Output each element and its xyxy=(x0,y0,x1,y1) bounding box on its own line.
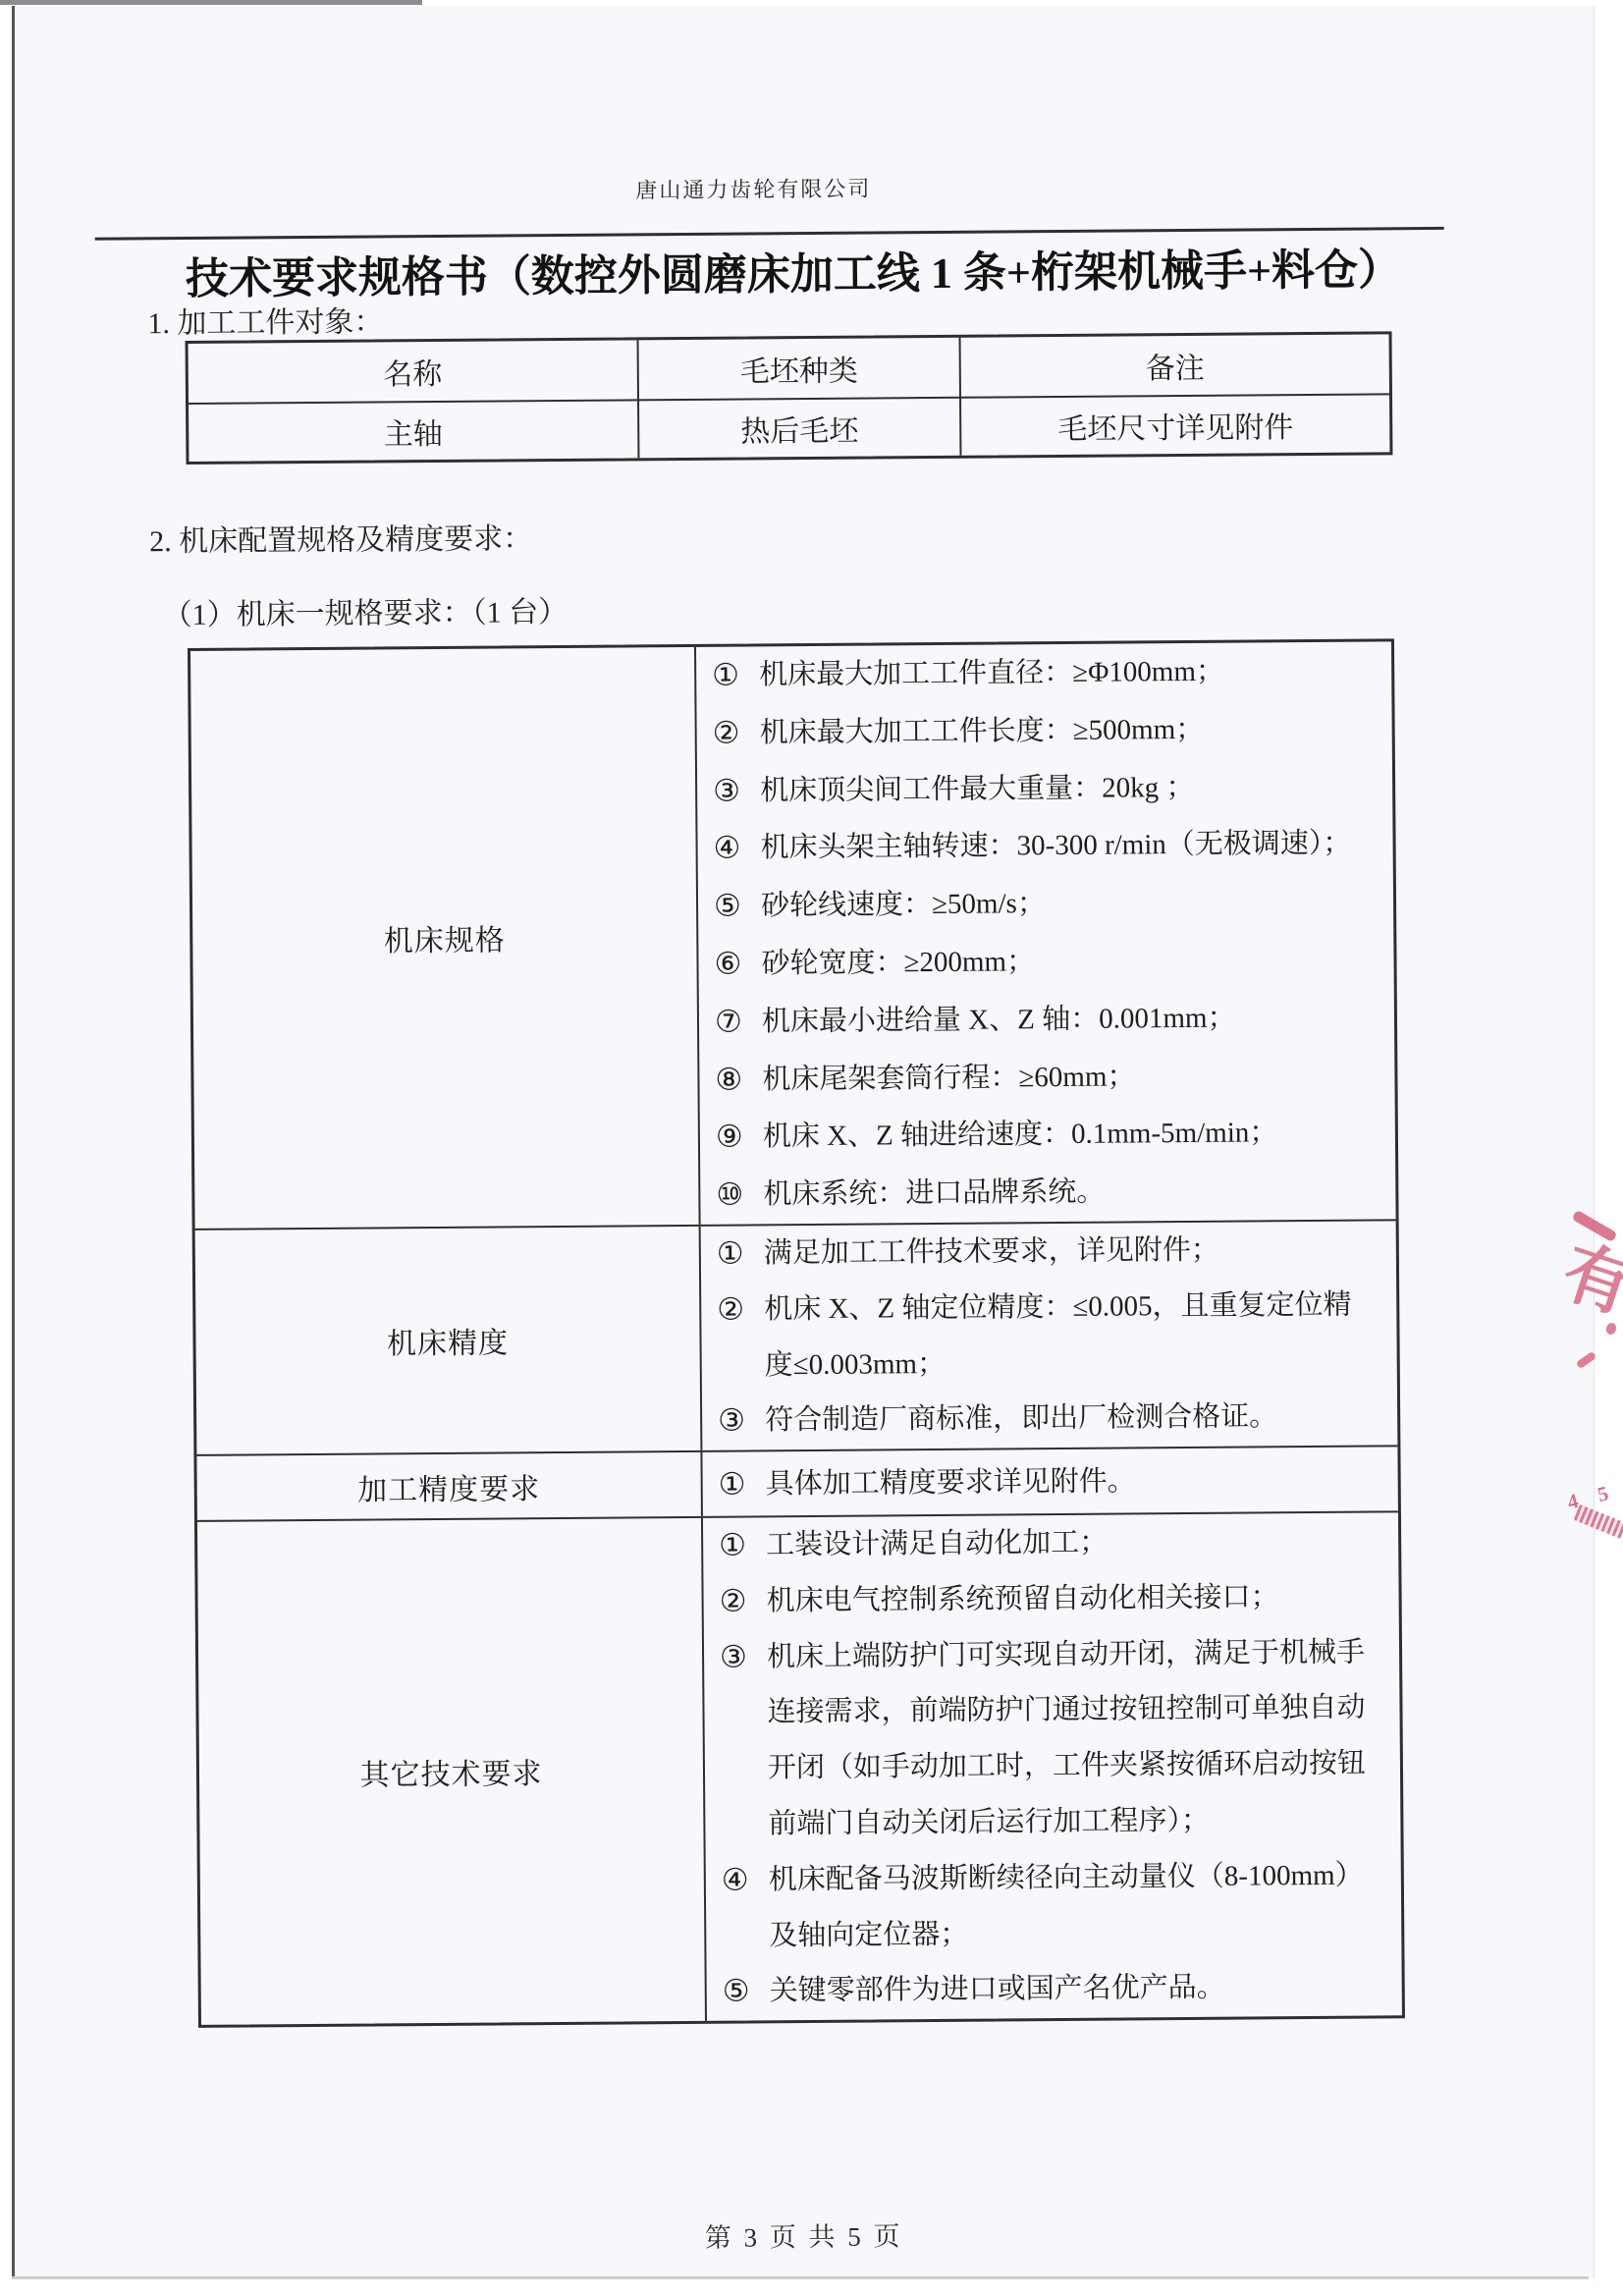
spec-item: ② 机床电气控制系统预留自动化相关接口； xyxy=(719,1568,1380,1629)
item-number: ③ xyxy=(720,1629,767,1685)
item-number: ① xyxy=(718,1454,765,1513)
workpiece-table-cell-remark: 毛坯尺寸详见附件 xyxy=(959,393,1389,455)
spec-row-label: 机床精度 xyxy=(195,1227,703,1454)
item-number: ① xyxy=(717,1226,764,1282)
spec-row-content: ① 机床最大加工工件直径：≥Φ100mm； ② 机床最大加工工件长度：≥500m… xyxy=(696,641,1396,1225)
spec-item: ⑦ 机床最小进给量 X、Z 轴：0.001mm； xyxy=(715,988,1377,1051)
spec-row-content: ① 具体加工精度要求详见附件。 xyxy=(702,1447,1397,1516)
item-text: 机床上端防护门可实现自动开闭，满足于机械手 xyxy=(767,1636,1365,1672)
item-number: ⑨ xyxy=(716,1109,763,1167)
spec-item: ① 满足加工工件技术要求，详见附件； xyxy=(717,1221,1379,1282)
spec-item: ⑤ 砂轮线速度：≥50m/s； xyxy=(714,873,1376,936)
spec-item: ⑩ 机床系统：进口品牌系统。 xyxy=(716,1162,1378,1225)
item-text: 机床顶尖间工件最大重量：20kg ； xyxy=(760,772,1195,806)
item-text: 开闭（如手动加工时，工件夹紧按循环启动按钮 xyxy=(768,1748,1366,1784)
item-text: 连接需求，前端防护门通过按钮控制可单独自动 xyxy=(767,1692,1365,1728)
spec-item: ④ 机床头架主轴转速：30-300 r/min（无极调速）； xyxy=(713,815,1375,878)
item-text: 机床系统：进口品牌系统。 xyxy=(763,1176,1105,1211)
spec-item: ③ 符合制造厂商标准，即出厂检测合格证。 xyxy=(718,1389,1380,1449)
spec-row-label: 其它技术要求 xyxy=(197,1518,707,2025)
item-text: 符合制造厂商标准，即出厂检测合格证。 xyxy=(765,1401,1277,1437)
item-text: 工装设计满足自动化加工； xyxy=(766,1527,1108,1561)
item-number: ⑤ xyxy=(714,878,761,936)
item-number: ④ xyxy=(722,1852,769,1908)
spec-item: ③ 机床上端防护门可实现自动开闭，满足于机械手 连接需求，前端防护门通过按钮控制… xyxy=(720,1624,1383,1852)
document-title: 技术要求规格书（数控外圆磨床加工线 1 条+桁架机械手+料仓） xyxy=(140,234,1446,306)
item-text: 前端门自动关闭后运行加工程序）； xyxy=(768,1805,1210,1840)
item-number: ④ xyxy=(713,820,760,878)
item-number: ⑥ xyxy=(714,935,761,993)
item-number: ⑦ xyxy=(715,993,762,1051)
spec-row-other-requirements: 其它技术要求 ① 工装设计满足自动化加工； ② 机床电气控制系统预留自动化相关接… xyxy=(197,1510,1402,2025)
spec-item: ② 机床 X、Z 轴定位精度：≤0.005，且重复定位精 度≤0.003mm； xyxy=(717,1277,1380,1394)
item-number: ② xyxy=(712,704,759,762)
item-text: 及轴向定位器； xyxy=(769,1918,968,1951)
item-number: ③ xyxy=(713,762,760,820)
spec-item: ④ 机床配备马波斯断续径向主动量仪（8-100mm） 及轴向定位器； xyxy=(722,1847,1384,1964)
item-number: ① xyxy=(712,646,759,704)
item-number: ⑩ xyxy=(716,1167,763,1225)
page-content: 唐山通力齿轮有限公司 技术要求规格书（数控外圆磨床加工线 1 条+桁架机械手+料… xyxy=(0,0,1623,2296)
item-text: 度≤0.003mm； xyxy=(765,1348,947,1381)
spec-row-label: 加工精度要求 xyxy=(196,1452,702,1520)
workpiece-table: 名称 毛坯种类 备注 主轴 热后毛坯 毛坯尺寸详见附件 xyxy=(186,331,1393,465)
item-number: ③ xyxy=(718,1394,765,1449)
section2-heading: 2. 机床配置规格及精度要求： xyxy=(149,514,532,560)
spec-row-content: ① 工装设计满足自动化加工； ② 机床电气控制系统预留自动化相关接口； ③ 机床… xyxy=(703,1512,1402,2021)
item-text: 机床 X、Z 轴定位精度：≤0.005，且重复定位精 xyxy=(764,1288,1352,1325)
workpiece-table-cell-blank-type: 热后毛坯 xyxy=(637,397,959,459)
item-text: 机床最大加工工件长度：≥500mm； xyxy=(760,714,1205,749)
spec-item: ① 工装设计满足自动化加工； xyxy=(719,1512,1380,1573)
workpiece-table-header-remark: 备注 xyxy=(959,334,1389,396)
item-text: 机床电气控制系统预留自动化相关接口； xyxy=(766,1581,1278,1616)
item-text: 满足加工工件技术要求，详见附件； xyxy=(764,1234,1219,1270)
spec-row-content: ① 满足加工工件技术要求，详见附件； ② 机床 X、Z 轴定位精度：≤0.005… xyxy=(701,1221,1398,1450)
workpiece-table-header-name: 名称 xyxy=(189,340,637,403)
item-number: ⑧ xyxy=(715,1051,762,1109)
spec-row-label: 机床规格 xyxy=(190,647,701,1229)
item-number: ② xyxy=(717,1282,764,1338)
company-header: 唐山通力齿轮有限公司 xyxy=(0,167,1514,209)
workpiece-table-cell-name: 主轴 xyxy=(189,399,637,462)
spec-item: ⑥ 砂轮宽度：≥200mm； xyxy=(714,930,1376,993)
workpiece-table-header-blank-type: 毛坯种类 xyxy=(637,338,959,400)
section1-heading: 1. 加工工件对象： xyxy=(147,297,383,342)
page-number-footer: 第 3 页 共 5 页 xyxy=(9,2210,1599,2261)
section2-subheading: （1）机床一规格要求：（1 台） xyxy=(163,587,568,633)
item-text: 机床头架主轴转速：30-300 r/min（无极调速）； xyxy=(760,828,1351,864)
item-text: 机床 X、Z 轴进给速度：0.1mm-5m/min； xyxy=(763,1118,1278,1153)
spec-item: ⑧ 机床尾架套筒行程：≥60mm； xyxy=(715,1046,1377,1109)
spec-row-machining-accuracy: 加工精度要求 ① 具体加工精度要求详见附件。 xyxy=(196,1445,1397,1520)
spec-row-machine-specs: 机床规格 ① 机床最大加工工件直径：≥Φ100mm； ② 机床最大加工工件长度：… xyxy=(190,641,1396,1229)
item-number: ① xyxy=(719,1517,766,1573)
spec-item: ② 机床最大加工工件长度：≥500mm； xyxy=(712,699,1374,762)
spec-table: 机床规格 ① 机床最大加工工件直径：≥Φ100mm； ② 机床最大加工工件长度：… xyxy=(188,638,1405,2028)
item-text: 机床最大加工工件直径：≥Φ100mm； xyxy=(759,656,1224,691)
spec-item: ⑨ 机床 X、Z 轴进给速度：0.1mm-5m/min； xyxy=(716,1104,1378,1167)
spec-item: ① 机床最大加工工件直径：≥Φ100mm； xyxy=(712,641,1374,704)
item-text: 砂轮宽度：≥200mm； xyxy=(761,946,1035,979)
spec-item: ⑤ 关键零部件为进口或国产名优产品。 xyxy=(723,1959,1384,2020)
item-number: ② xyxy=(719,1573,766,1629)
item-text: 具体加工精度要求详见附件。 xyxy=(766,1465,1136,1500)
spec-item: ① 具体加工精度要求详见附件。 xyxy=(718,1451,1135,1513)
item-text: 机床尾架套筒行程：≥60mm； xyxy=(762,1061,1135,1095)
item-text: 关键零部件为进口或国产名优产品。 xyxy=(770,1972,1225,2007)
item-text: 机床配备马波斯断续径向主动量仪（8-100mm） xyxy=(769,1859,1364,1895)
spec-row-machine-accuracy: 机床精度 ① 满足加工工件技术要求，详见附件； ② 机床 X、Z 轴定位精度：≤… xyxy=(195,1219,1398,1454)
item-number: ⑤ xyxy=(723,1964,770,2020)
spec-item: ③ 机床顶尖间工件最大重量：20kg ； xyxy=(713,757,1375,820)
item-text: 砂轮线速度：≥50m/s； xyxy=(761,888,1046,921)
item-text: 机床最小进给量 X、Z 轴：0.001mm； xyxy=(762,1002,1236,1037)
